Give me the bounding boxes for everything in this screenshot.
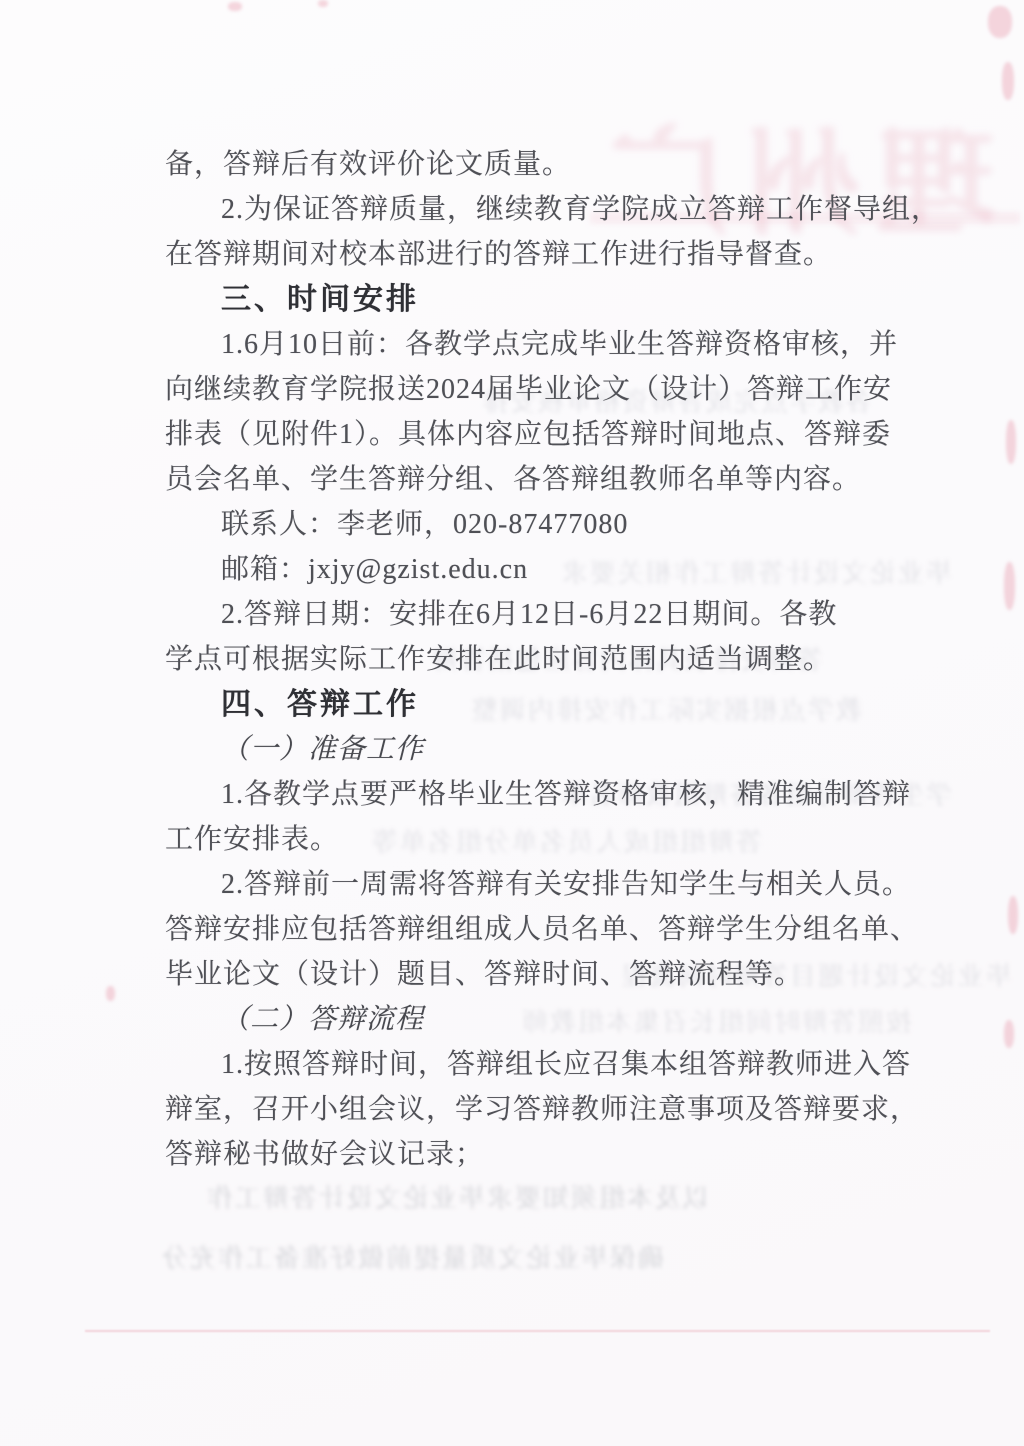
scan-mark bbox=[1002, 62, 1014, 100]
scan-mark bbox=[1004, 1020, 1014, 1048]
paragraph-line: 1.各教学点要严格毕业生答辩资格审核，精准编制答辩 bbox=[165, 772, 925, 817]
scan-mark bbox=[228, 2, 242, 11]
paragraph-line: 1.6月10日前：各教学点完成毕业生答辩资格审核，并 bbox=[165, 322, 925, 367]
paragraph-line: 1.按照答辩时间，答辩组长应召集本组答辩教师进入答 bbox=[165, 1042, 925, 1087]
paragraph-line: 向继续教育学院报送2024届毕业论文（设计）答辩工作安 bbox=[165, 367, 925, 412]
scan-mark bbox=[988, 6, 1012, 38]
paragraph-line: 2.答辩前一周需将答辩有关安排告知学生与相关人员。 bbox=[165, 862, 925, 907]
document-body: 备，答辩后有效评价论文质量。 2.为保证答辩质量，继续教育学院成立答辩工作督导组… bbox=[165, 142, 925, 1177]
scan-mark bbox=[1006, 420, 1016, 464]
scan-mark bbox=[106, 986, 115, 1001]
bleed-through-line: 以及本组须知要求毕业论文设计答辩工作 bbox=[205, 1178, 709, 1215]
section-heading-defense-work: 四、答辩工作 bbox=[165, 682, 925, 727]
section-heading-time-arrangement: 三、时间安排 bbox=[165, 277, 925, 322]
paragraph-line: 工作安排表。 bbox=[165, 817, 925, 862]
scan-mark bbox=[1004, 562, 1015, 610]
paragraph-line: 答辩安排应包括答辩组组成人员名单、答辩学生分组名单、 bbox=[165, 907, 925, 952]
paragraph-line: 备，答辩后有效评价论文质量。 bbox=[165, 142, 925, 187]
paragraph-line: 排表（见附件1）。具体内容应包括答辩时间地点、答辩委 bbox=[165, 412, 925, 457]
contact-person-line: 联系人：李老师，020-87477080 bbox=[165, 502, 925, 547]
subsection-heading-preparation: （一）准备工作 bbox=[165, 727, 925, 772]
paragraph-line: 毕业论文（设计）题目、答辩时间、答辩流程等。 bbox=[165, 952, 925, 997]
paragraph-line: 辩室，召开小组会议，学习答辩教师注意事项及答辩要求， bbox=[165, 1087, 925, 1132]
scan-mark bbox=[318, 0, 328, 7]
paragraph-line: 在答辩期间对校本部进行的答辩工作进行指导督查。 bbox=[165, 232, 925, 277]
bleed-through-rule bbox=[85, 1330, 990, 1332]
scanned-document-page: 理州广 各教学点完成答辩资格审核安排 毕业论文设计答辩工作相关要求 答辩安排表具… bbox=[0, 0, 1024, 1446]
subsection-heading-defense-process: （二）答辩流程 bbox=[165, 997, 925, 1042]
scan-mark bbox=[1008, 896, 1018, 934]
paragraph-line: 员会名单、学生答辩分组、各答辩组教师名单等内容。 bbox=[165, 457, 925, 502]
paragraph-line: 学点可根据实际工作安排在此时间范围内适当调整。 bbox=[165, 637, 925, 682]
paragraph-line: 答辩秘书做好会议记录； bbox=[165, 1132, 925, 1177]
paragraph-line: 2.为保证答辩质量，继续教育学院成立答辩工作督导组， bbox=[165, 187, 925, 232]
bleed-through-line: 确保毕业论文质量提前做好准备工作充分 bbox=[160, 1238, 664, 1275]
paragraph-line: 2.答辩日期：安排在6月12日-6月22日期间。各教 bbox=[165, 592, 925, 637]
contact-email-line: 邮箱：jxjy@gzist.edu.cn bbox=[165, 547, 925, 592]
